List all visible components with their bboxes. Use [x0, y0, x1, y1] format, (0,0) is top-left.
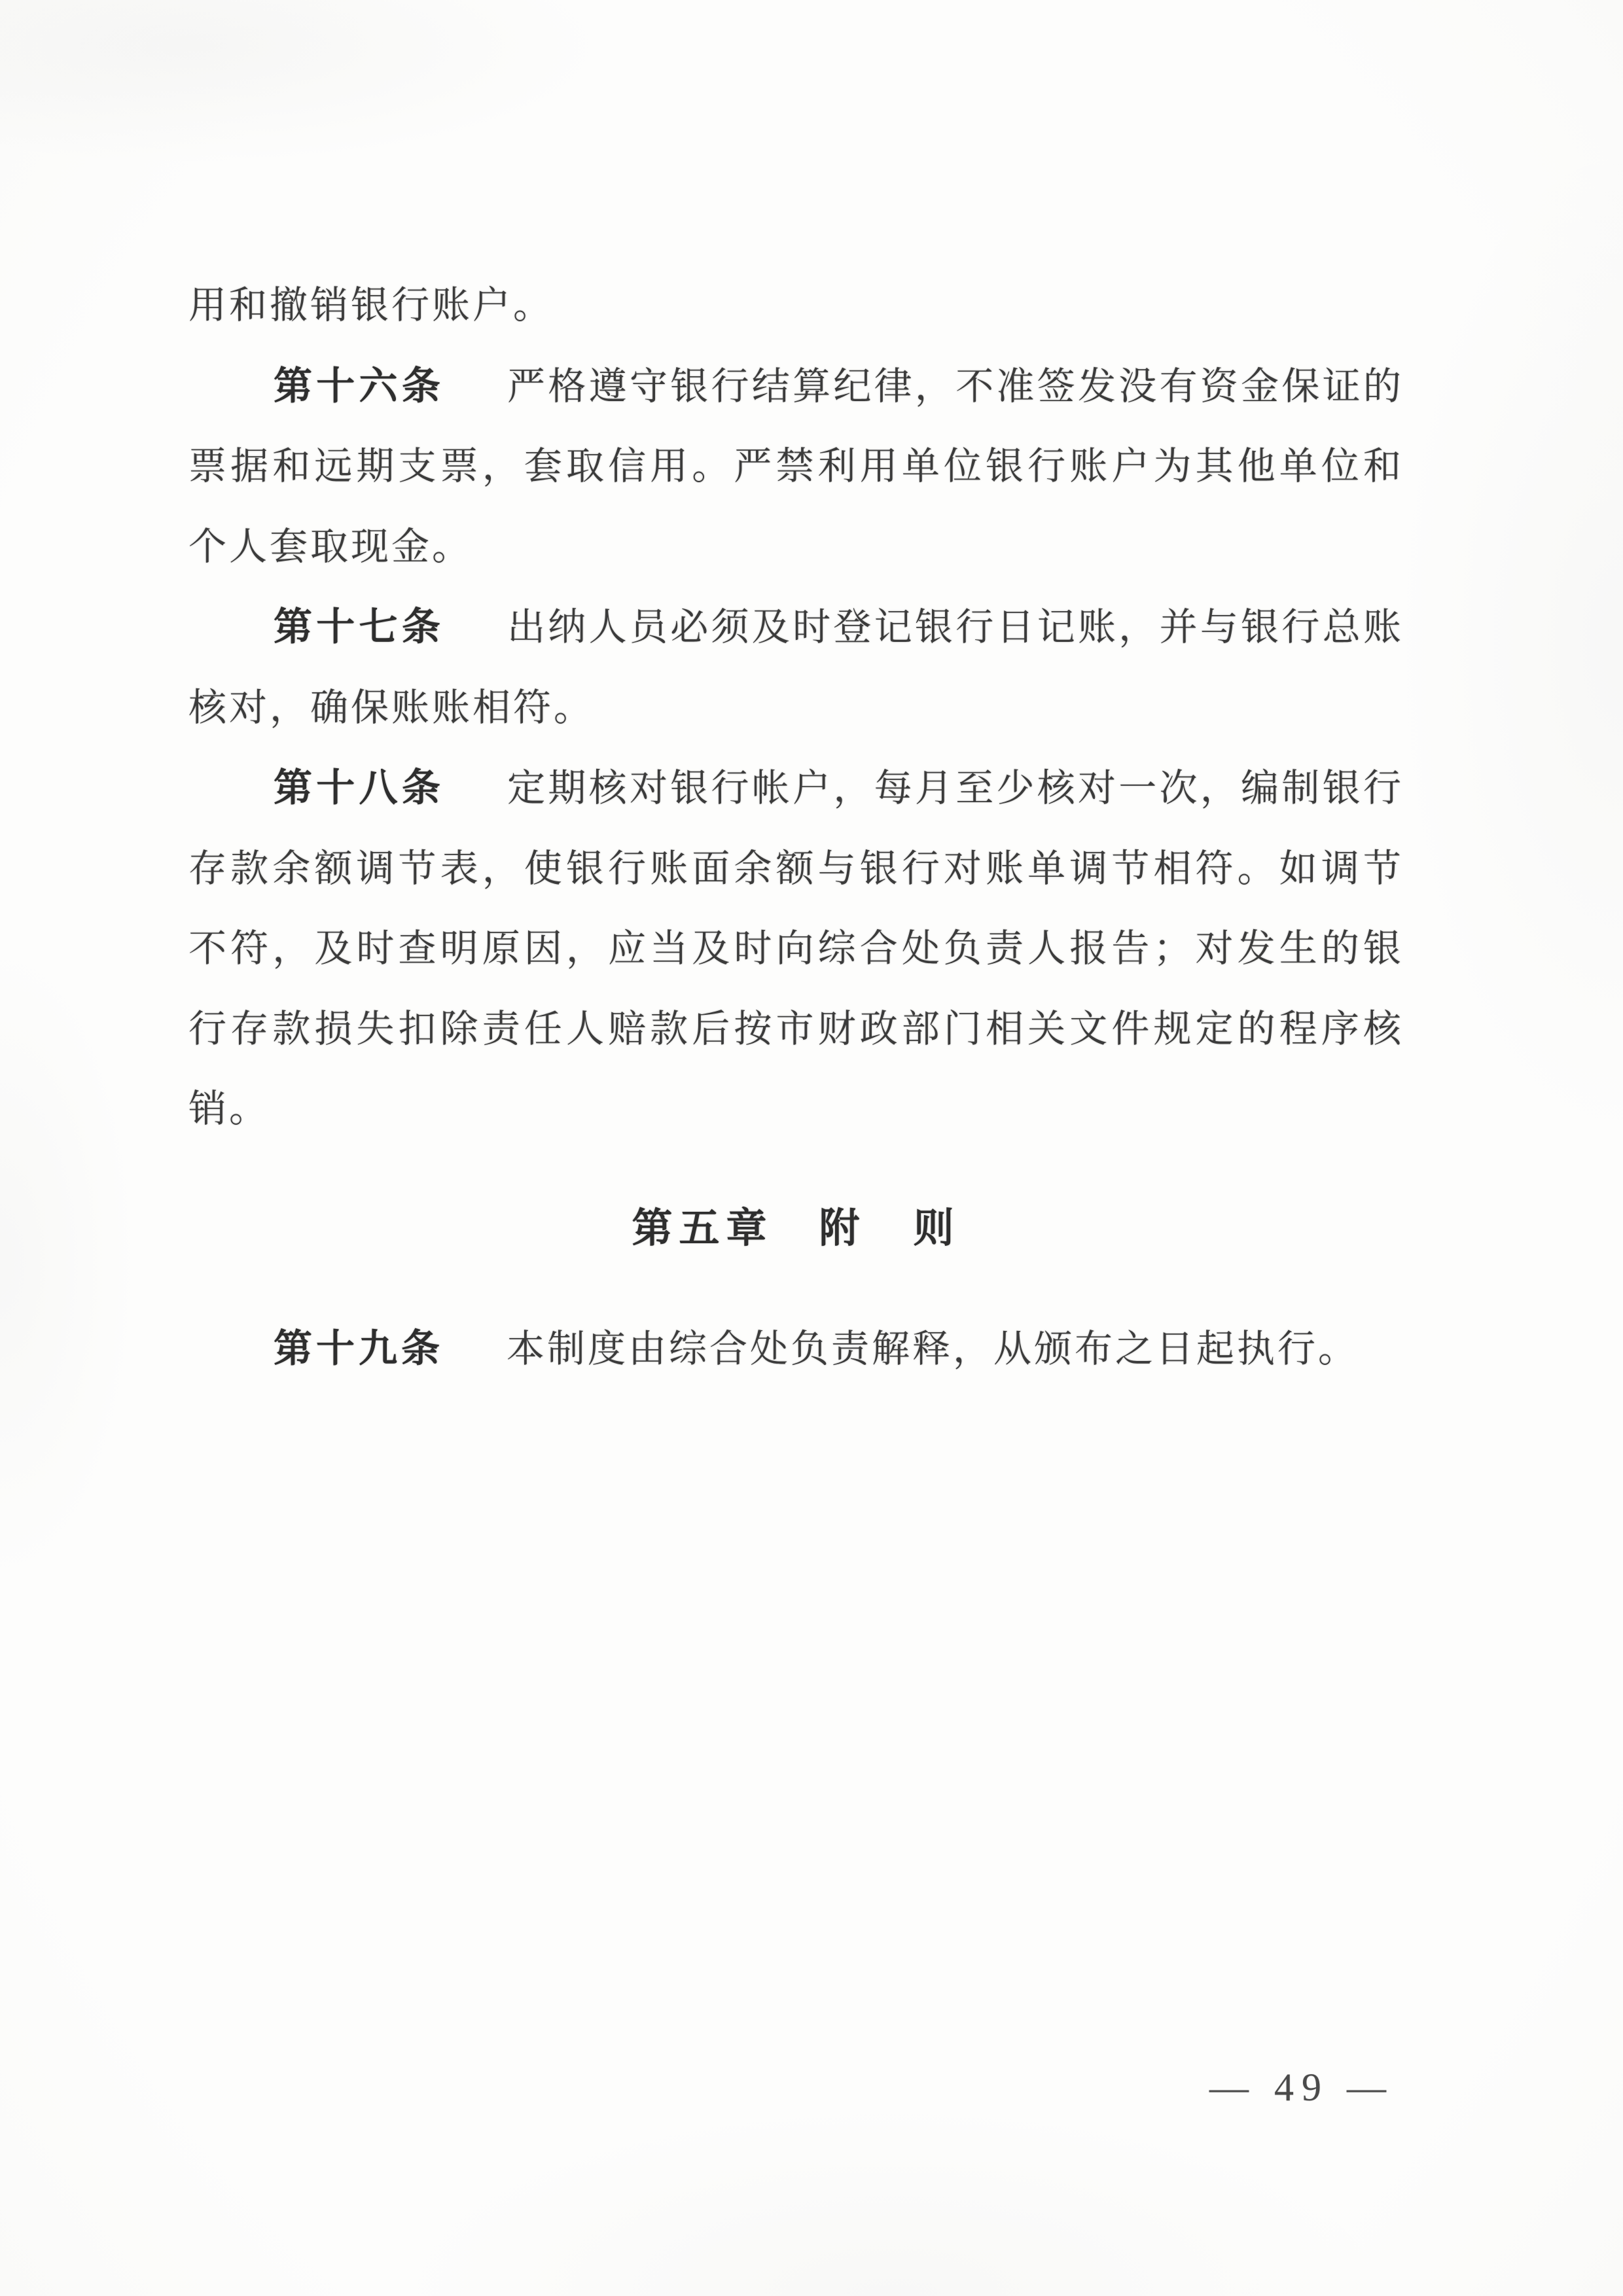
scanned-document-page: 用和撤销银行账户。 第十六条严格遵守银行结算纪律，不准签发没有资金保证的票据和远…	[0, 0, 1623, 2296]
article-19-label: 第十九条	[274, 1327, 507, 1370]
article-19-body: 本制度由综合处负责解释，从颁布之日起执行。	[507, 1328, 1359, 1370]
chapter-number: 第五章	[632, 1206, 773, 1251]
article-18-paragraph: 第十八条定期核对银行帐户，每月至少核对一次，编制银行存款余额调节表，使银行账面余…	[188, 748, 1404, 1150]
continuation-paragraph: 用和撤销银行账户。	[188, 266, 1404, 346]
chapter-5-heading: 第五章附 则	[188, 1189, 1404, 1269]
page-number: — 49 —	[1209, 2065, 1394, 2110]
article-18-label: 第十八条	[274, 766, 507, 809]
chapter-title: 附 则	[819, 1206, 961, 1251]
document-body: 用和撤销银行账户。 第十六条严格遵守银行结算纪律，不准签发没有资金保证的票据和远…	[188, 266, 1404, 1390]
article-17-label: 第十七条	[274, 605, 507, 648]
continuation-text: 用和撤销银行账户。	[188, 284, 554, 327]
article-16-paragraph: 第十六条严格遵守银行结算纪律，不准签发没有资金保证的票据和远期支票，套取信用。严…	[188, 346, 1404, 588]
article-19-paragraph: 第十九条本制度由综合处负责解释，从颁布之日起执行。	[188, 1309, 1404, 1390]
article-17-paragraph: 第十七条出纳人员必须及时登记银行日记账，并与银行总账核对，确保账账相符。	[188, 587, 1404, 748]
article-18-body: 定期核对银行帐户，每月至少核对一次，编制银行存款余额调节表，使银行账面余额与银行…	[188, 767, 1404, 1130]
article-16-label: 第十六条	[274, 364, 507, 408]
